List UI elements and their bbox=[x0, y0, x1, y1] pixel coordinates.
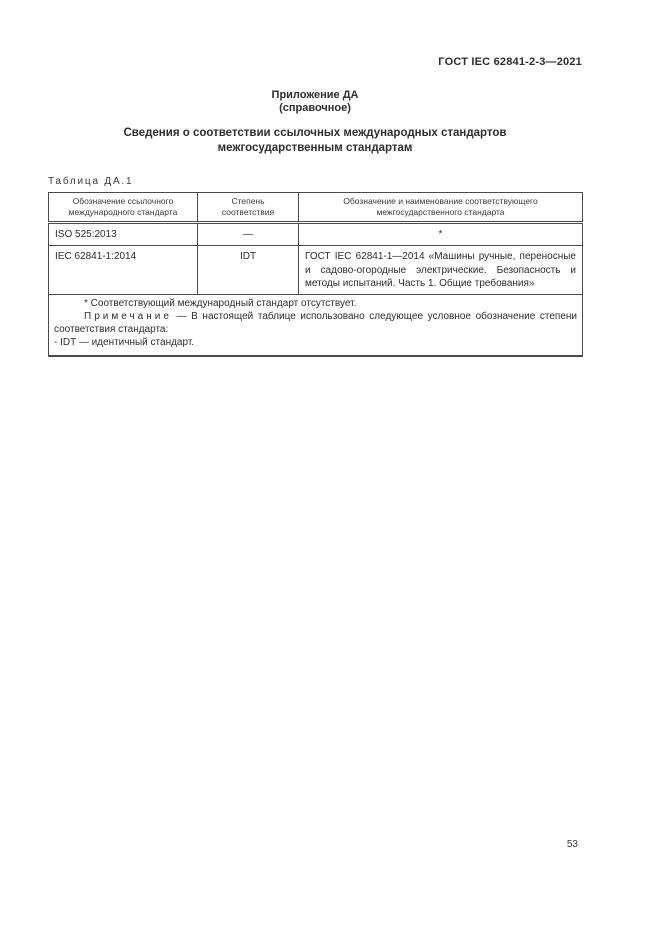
correspondence-table: Обозначение ссылочного международного ст… bbox=[48, 192, 583, 357]
cell-degree: — bbox=[198, 223, 299, 246]
table-header-row: Обозначение ссылочного международного ст… bbox=[49, 193, 583, 223]
section-title-line2: межгосударственным стандартам bbox=[48, 141, 582, 156]
cell-reference-standard: IEC 62841-1:2014 bbox=[49, 246, 198, 295]
appendix-heading: Приложение ДА (справочное) bbox=[48, 89, 582, 115]
column-header-matching-standard: Обозначение и наименование соответствующ… bbox=[299, 193, 583, 223]
table-note: Примечание — В настоящей таблице использ… bbox=[54, 310, 577, 336]
cell-degree: IDT bbox=[198, 246, 299, 295]
section-title-line1: Сведения о соответствии ссылочных междун… bbox=[48, 126, 582, 141]
table-row: IEC 62841-1:2014 IDT ГОСТ IEC 62841-1—20… bbox=[49, 246, 583, 295]
running-header: ГОСТ IEC 62841-2-3—2021 bbox=[48, 56, 582, 68]
section-title: Сведения о соответствии ссылочных междун… bbox=[48, 126, 582, 156]
document-page: ГОСТ IEC 62841-2-3—2021 Приложение ДА (с… bbox=[0, 0, 661, 935]
table-notes-cell: * Соответствующий международный стандарт… bbox=[49, 294, 583, 356]
table-footnote: * Соответствующий международный стандарт… bbox=[54, 297, 577, 310]
cell-matching-standard: ГОСТ IEC 62841-1—2014 «Машины ручные, пе… bbox=[299, 246, 583, 295]
appendix-title: Приложение ДА bbox=[48, 89, 582, 102]
column-header-degree: Степень соответствия bbox=[198, 193, 299, 223]
appendix-subtitle: (справочное) bbox=[48, 102, 582, 115]
note-label: Примечание bbox=[84, 311, 172, 322]
table-row: ISO 525:2013 — * bbox=[49, 223, 583, 246]
page-number: 53 bbox=[48, 839, 582, 850]
note-item-idt: - IDT — идентичный стандарт. bbox=[54, 336, 577, 349]
table-notes-row: * Соответствующий международный стандарт… bbox=[49, 294, 583, 356]
cell-matching-standard: * bbox=[299, 223, 583, 246]
column-header-reference-standard: Обозначение ссылочного международного ст… bbox=[49, 193, 198, 223]
cell-reference-standard: ISO 525:2013 bbox=[49, 223, 198, 246]
table-caption: Таблица ДА.1 bbox=[48, 176, 582, 187]
